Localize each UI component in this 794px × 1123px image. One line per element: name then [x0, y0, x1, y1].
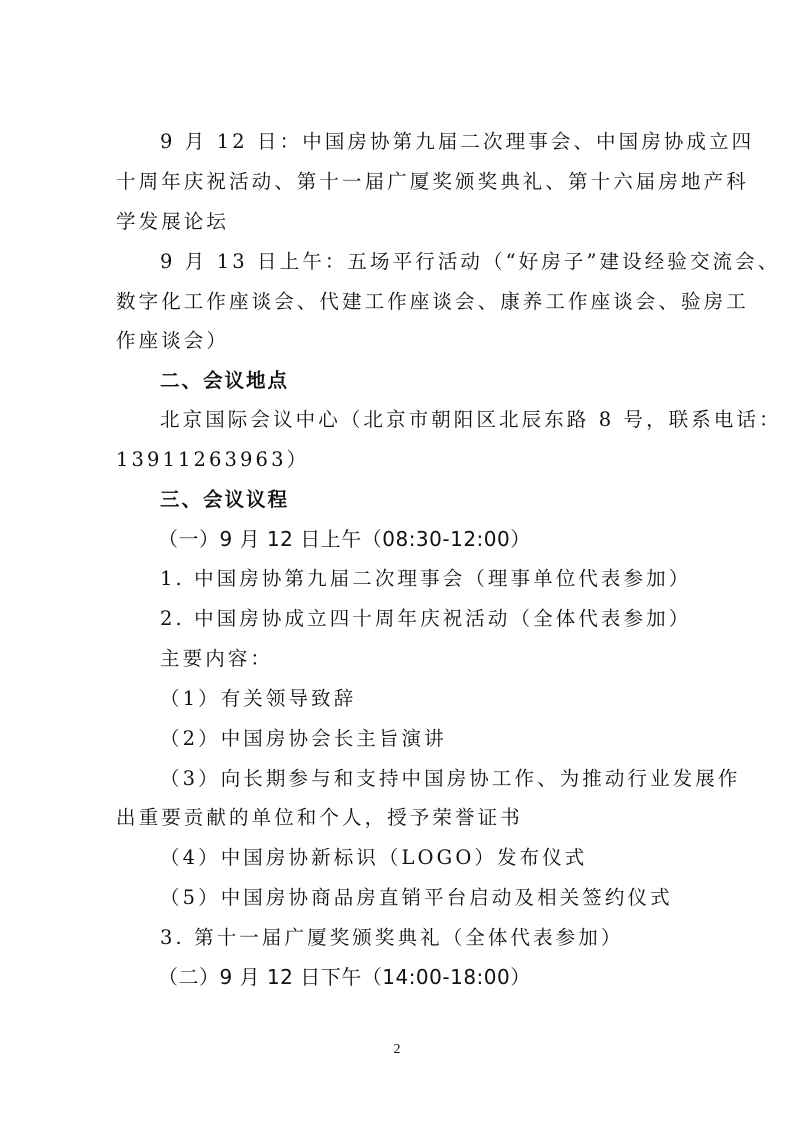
sub-item-5: （5）中国房协商品房直销平台启动及相关签约仪式 — [160, 886, 673, 910]
sep13-schedule-line-2: 数字化工作座谈会、代建工作座谈会、康养工作座谈会、验房工 — [116, 290, 749, 314]
sub-item-1: （1）有关领导致辞 — [160, 687, 356, 711]
agenda-item-3: 3. 第十一届广厦奖颁奖典礼（全体代表参加） — [160, 926, 624, 950]
venue-line-2: 13911263963） — [116, 448, 309, 472]
main-content-label: 主要内容： — [160, 647, 273, 671]
sub-item-2: （2）中国房协会长主旨演讲 — [160, 727, 447, 751]
venue-heading: 二、会议地点 — [160, 369, 289, 393]
sep12-schedule-line-2: 十周年庆祝活动、第十一届广厦奖颁奖典礼、第十六届房地产科 — [116, 170, 749, 194]
sep13-schedule-line-1: 9 月 13 日上午：五场平行活动（“好房子”建设经验交流会、 — [160, 250, 780, 274]
agenda-item-1: 1. 中国房协第九届二次理事会（理事单位代表参加） — [160, 567, 691, 591]
page-number: 2 — [0, 1042, 794, 1058]
session2-title: （二）9 月 12 日下午（14:00-18:00） — [158, 965, 531, 989]
agenda-item-2: 2. 中国房协成立四十周年庆祝活动（全体代表参加） — [160, 607, 691, 631]
sep12-schedule-line-3: 学发展论坛 — [116, 210, 229, 234]
sub-item-3-line-2: 出重要贡献的单位和个人，授予荣誉证书 — [116, 806, 523, 830]
sep13-schedule-line-3: 作座谈会） — [116, 329, 229, 353]
venue-line-1: 北京国际会议中心（北京市朝阳区北辰东路 8 号，联系电话： — [160, 408, 782, 432]
sub-item-4: （4）中国房协新标识（LOGO）发布仪式 — [160, 846, 587, 870]
agenda-heading: 三、会议议程 — [160, 488, 289, 512]
sep12-schedule-line-1: 9 月 12 日：中国房协第九届二次理事会、中国房协成立四 — [160, 130, 754, 154]
session1-title: （一）9 月 12 日上午（08:30-12:00） — [158, 527, 531, 551]
sub-item-3-line-1: （3）向长期参与和支持中国房协工作、为推动行业发展作 — [160, 767, 741, 791]
